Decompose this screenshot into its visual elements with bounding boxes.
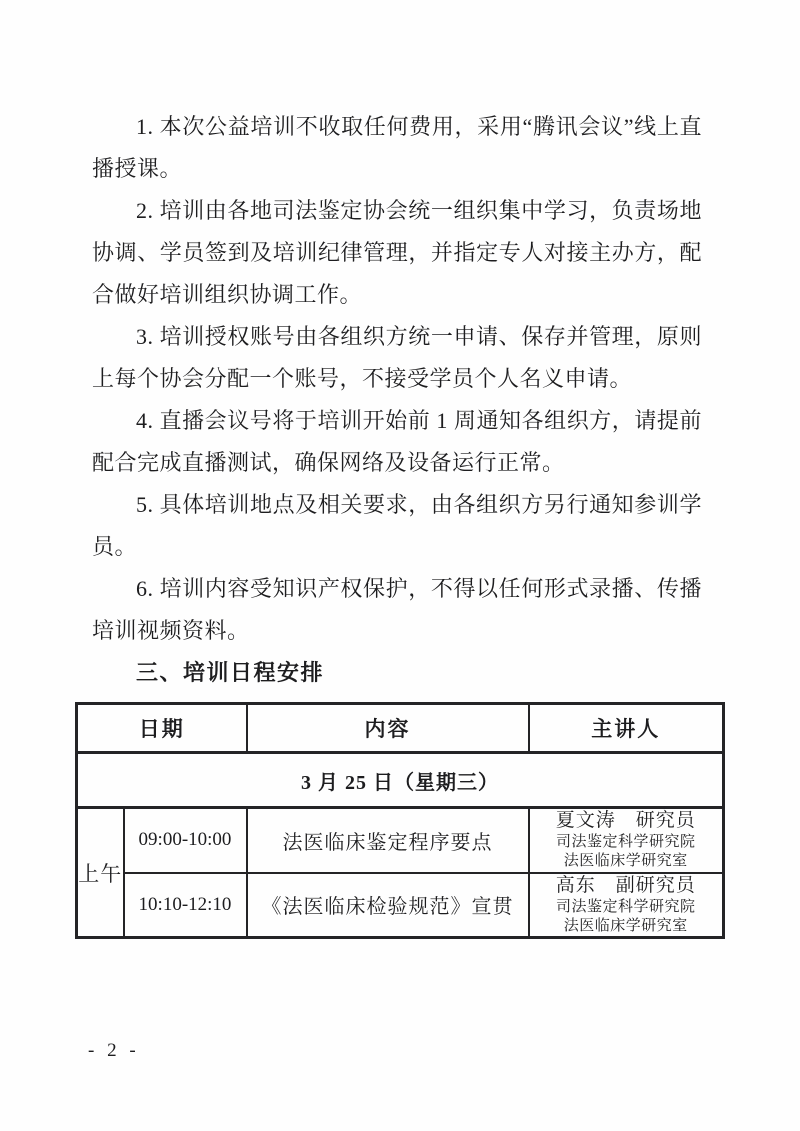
section-heading: 三、培训日程安排	[92, 652, 702, 694]
speaker-department: 法医临床学研究室	[530, 917, 723, 936]
page-number: - 2 -	[88, 1040, 140, 1062]
paragraph-location-notice: 5. 具体培训地点及相关要求，由各组织方另行通知参训学员。	[92, 484, 702, 568]
session-1-time-cell: 09:00-10:00	[124, 808, 247, 873]
speaker-name: 夏文涛 研究员	[530, 809, 723, 833]
session-1-speaker-cell: 夏文涛 研究员 司法鉴定科学研究院 法医临床学研究室	[529, 808, 724, 873]
header-cell-content: 内容	[247, 704, 529, 753]
speaker-department: 法医临床学研究室	[530, 852, 723, 871]
paragraph-ip-protection: 6. 培训内容受知识产权保护，不得以任何形式录播、传播培训视频资料。	[92, 568, 702, 652]
speaker-name: 高东 副研究员	[530, 874, 723, 898]
date-banner-row: 3 月 25 日（星期三）	[77, 753, 724, 808]
table-header-row: 日期 内容 主讲人	[77, 704, 724, 753]
speaker-organization: 司法鉴定科学研究院	[530, 898, 723, 917]
session-row-2: 10:10-12:10 《法医临床检验规范》宣贯 高东 副研究员 司法鉴定科学研…	[77, 873, 724, 938]
document-page: 1. 本次公益培训不收取任何费用，采用“腾讯会议”线上直播授课。 2. 培训由各…	[0, 0, 800, 1131]
paragraph-account-policy: 3. 培训授权账号由各组织方统一申请、保存并管理，原则上每个协会分配一个账号，不…	[92, 316, 702, 400]
paragraph-fee-policy: 1. 本次公益培训不收取任何费用，采用“腾讯会议”线上直播授课。	[92, 106, 702, 190]
session-row-1: 上午 09:00-10:00 法医临床鉴定程序要点 夏文涛 研究员 司法鉴定科学…	[77, 808, 724, 873]
paragraph-meeting-id-notice: 4. 直播会议号将于培训开始前 1 周通知各组织方，请提前配合完成直播测试，确保…	[92, 400, 702, 484]
paragraph-organization: 2. 培训由各地司法鉴定协会统一组织集中学习，负责场地协调、学员签到及培训纪律管…	[92, 190, 702, 316]
session-2-topic-cell: 《法医临床检验规范》宣贯	[247, 873, 529, 938]
header-cell-speaker: 主讲人	[529, 704, 724, 753]
session-2-speaker-cell: 高东 副研究员 司法鉴定科学研究院 法医临床学研究室	[529, 873, 724, 938]
session-1-topic-cell: 法医临床鉴定程序要点	[247, 808, 529, 873]
session-2-time-cell: 10:10-12:10	[124, 873, 247, 938]
schedule-table: 日期 内容 主讲人 3 月 25 日（星期三） 上午 09:00-10:00 法…	[75, 702, 725, 939]
speaker-organization: 司法鉴定科学研究院	[530, 833, 723, 852]
period-label-cell: 上午	[77, 808, 124, 938]
body-text-block: 1. 本次公益培训不收取任何费用，采用“腾讯会议”线上直播授课。 2. 培训由各…	[92, 106, 702, 694]
header-cell-date: 日期	[77, 704, 247, 753]
date-banner-cell: 3 月 25 日（星期三）	[77, 753, 724, 808]
